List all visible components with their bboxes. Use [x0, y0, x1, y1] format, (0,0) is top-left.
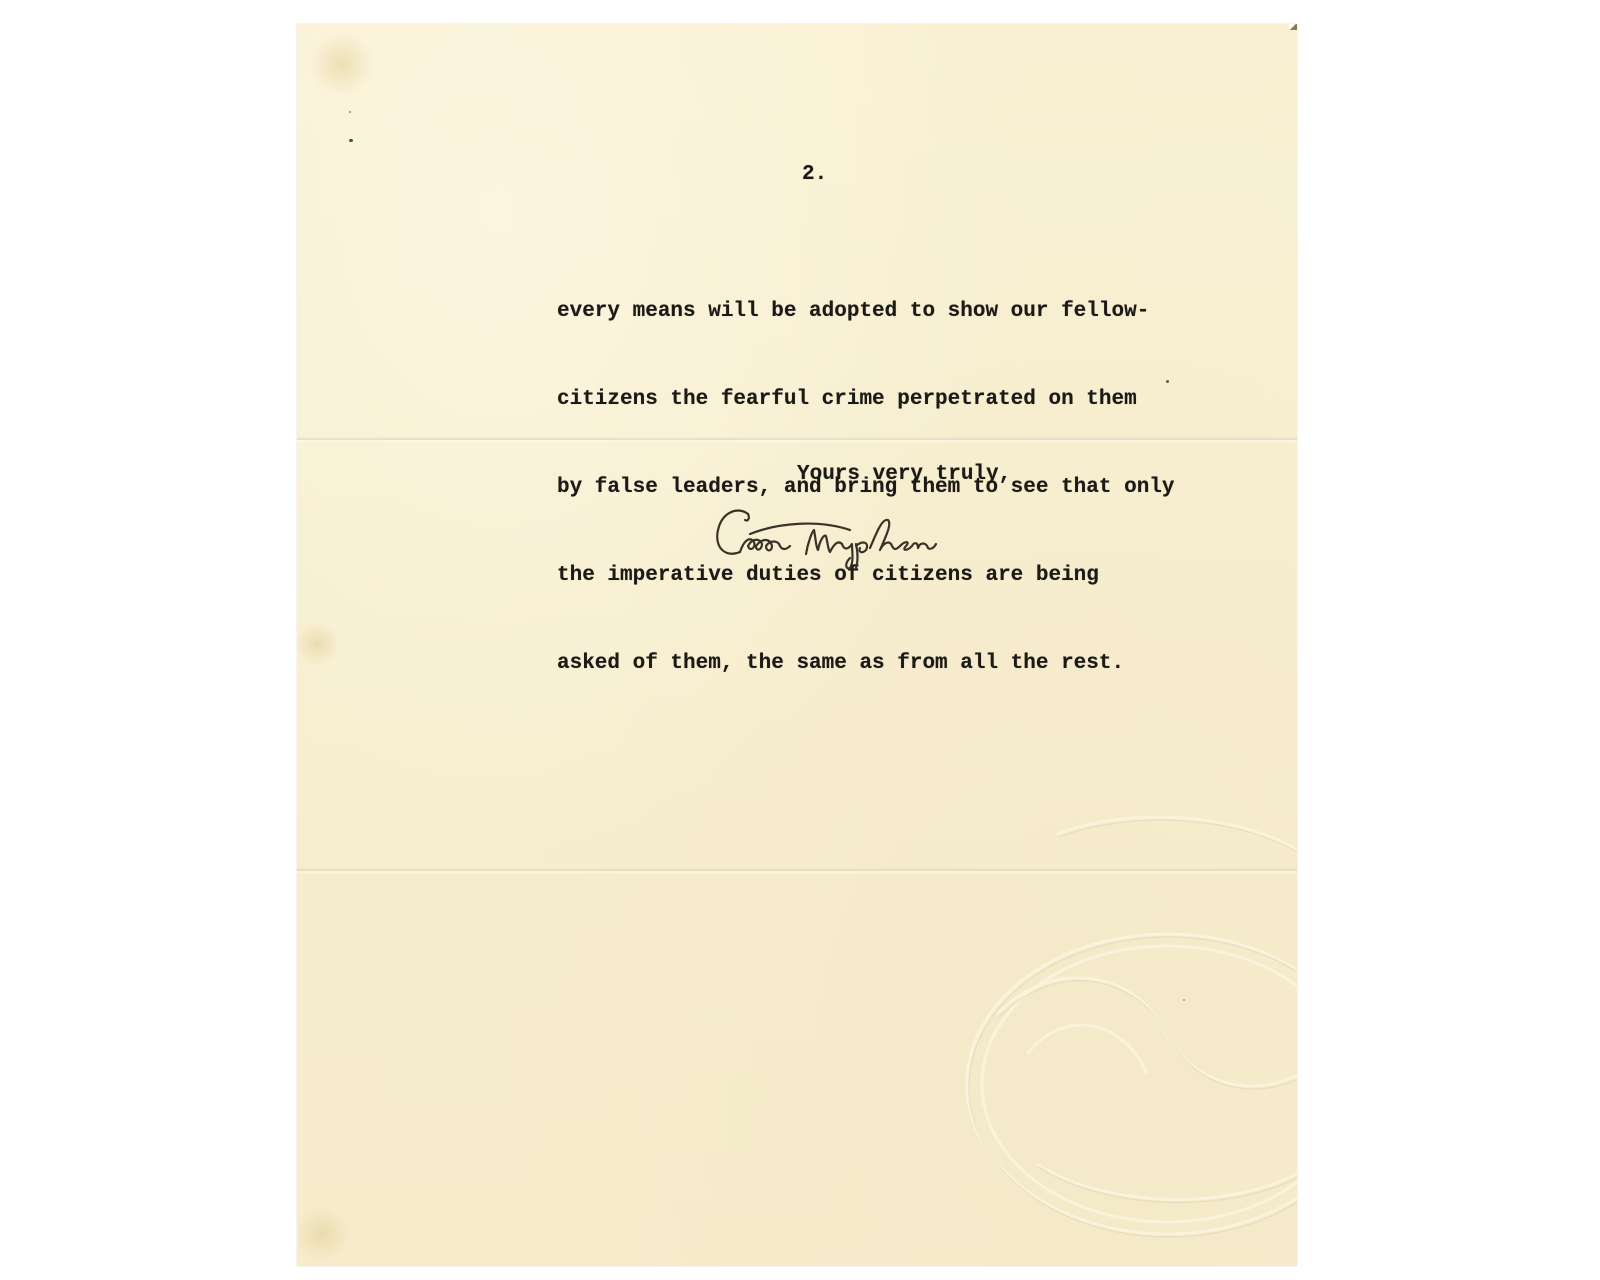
closing-salutation: Yours very truly,	[797, 454, 1011, 496]
letter-page: 2. every means will be adopted to show o…	[297, 24, 1297, 1266]
paper-stain	[297, 619, 337, 669]
binding-mark	[349, 111, 351, 113]
paper-stain	[307, 34, 377, 94]
embossed-seal	[937, 804, 1297, 1264]
page-number: 2.	[802, 163, 827, 186]
binding-mark	[349, 139, 353, 142]
paper-stain	[297, 1204, 347, 1264]
corner-damage	[1289, 24, 1297, 30]
body-line: every means will be adopted to show our …	[557, 291, 1175, 333]
body-line: asked of them, the same as from all the …	[557, 643, 1175, 685]
handwritten-signature	[710, 494, 960, 574]
body-line: citizens the fearful crime perpetrated o…	[557, 379, 1175, 421]
